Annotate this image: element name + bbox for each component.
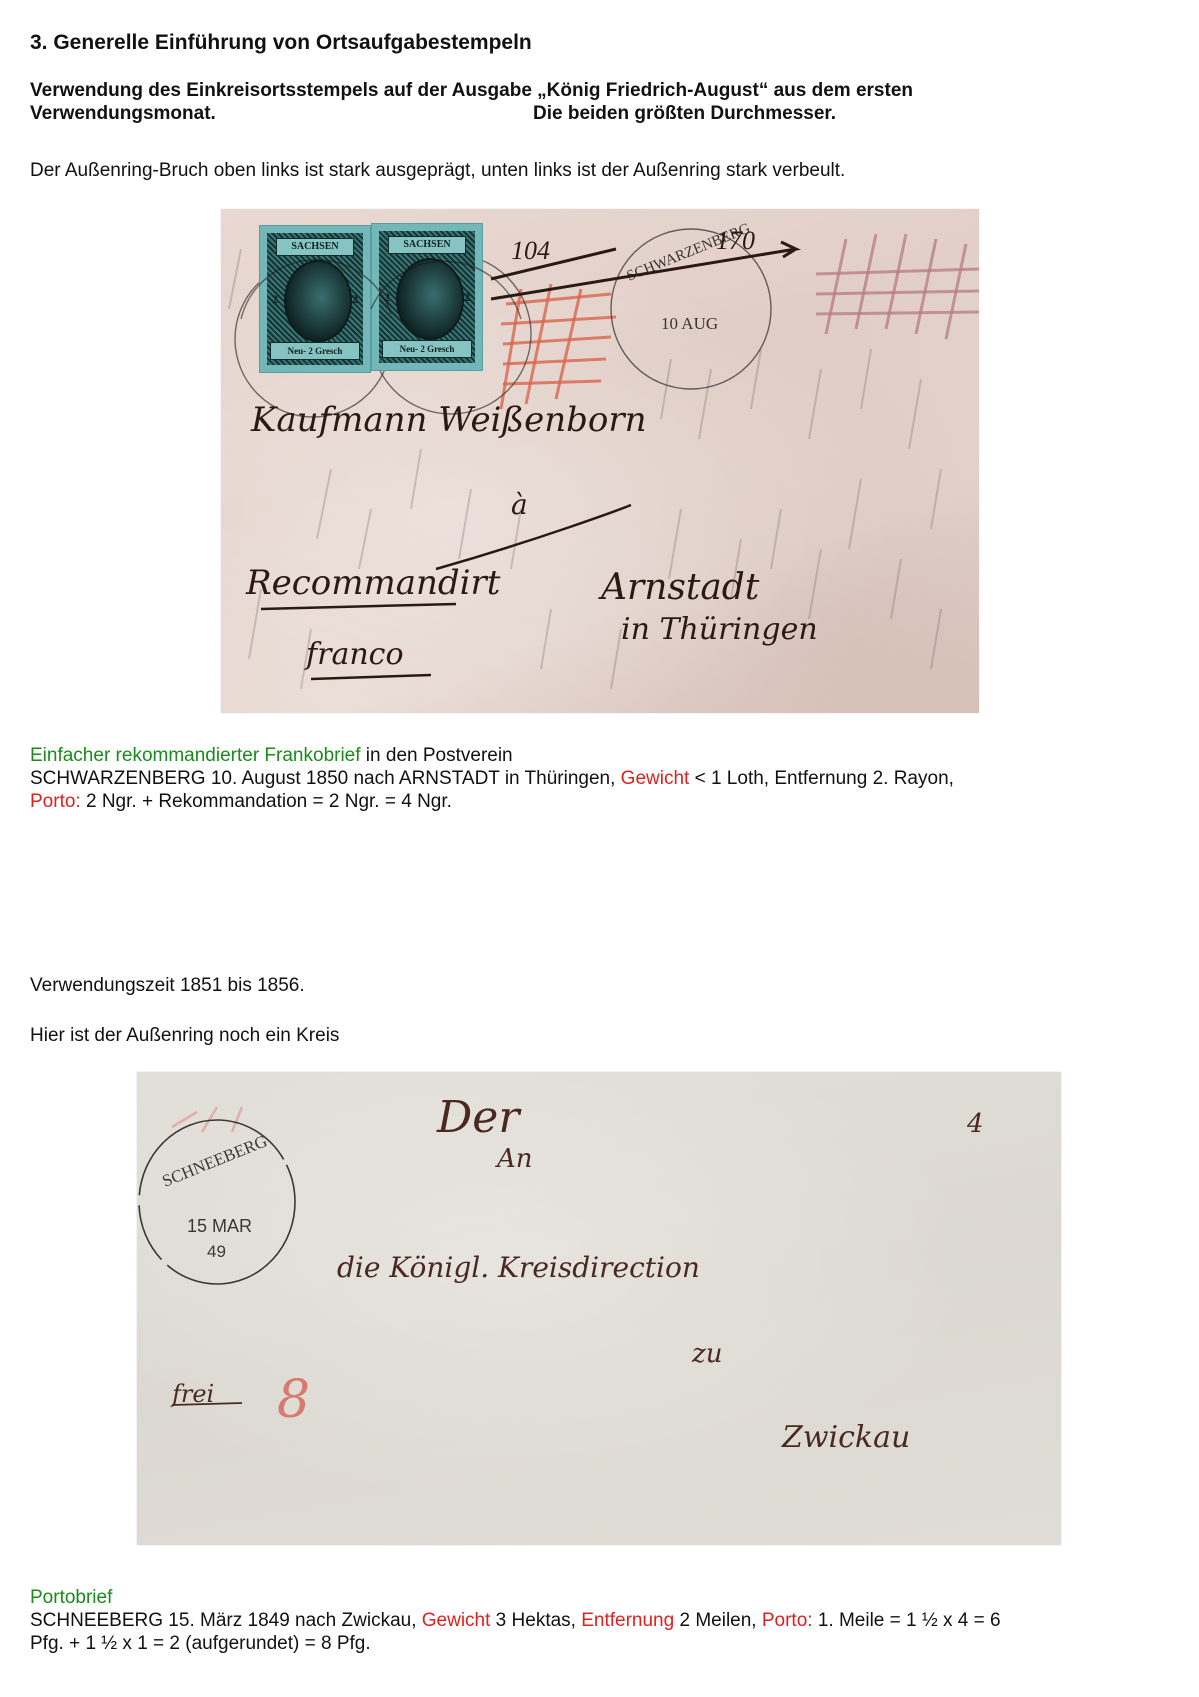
hand-line5: Zwickau — [781, 1420, 910, 1455]
stamp-value: 2 — [384, 290, 390, 305]
caption2-weight-value: 3 Hektas, — [490, 1610, 581, 1631]
king-portrait — [284, 260, 352, 342]
postmark-date-text: 15 MAR — [187, 1216, 252, 1236]
stamp-1: SACHSEN 2 2 Neu- 2 Gresch — [259, 225, 371, 373]
caption2-line2: SCHNEEBERG 15. März 1849 nach Zwickau, G… — [30, 1610, 1001, 1632]
stamp-country: SACHSEN — [276, 238, 354, 256]
stamp-2: SACHSEN 2 2 Neu- 2 Gresch — [371, 223, 483, 371]
caption2-line3: Pfg. + 1 ½ x 1 = 2 (aufgerundet) = 8 Pfg… — [30, 1633, 371, 1655]
hand-line3: die Königl. Kreisdirection — [337, 1251, 700, 1284]
caption1-title: Einfacher rekommandierter Frankobrief in… — [30, 745, 513, 767]
caption1-route: SCHWARZENBERG 10. August 1850 nach ARNST… — [30, 768, 621, 789]
king-portrait — [396, 258, 464, 340]
stamp-country: SACHSEN — [388, 236, 466, 254]
caption2-distance-value: 2 Meilen, — [674, 1610, 762, 1631]
manuscript-number-2: 170 — [716, 226, 755, 255]
caption2-porto-label: Porto: — [762, 1610, 813, 1631]
postmark-year-text: 49 — [207, 1242, 226, 1261]
corner-number: 4 — [966, 1109, 984, 1139]
caption2-route: SCHNEEBERG 15. März 1849 nach Zwickau, — [30, 1610, 422, 1631]
subheading-line1: Verwendung des Einkreisortsstempels auf … — [30, 80, 913, 102]
section2-period: Verwendungszeit 1851 bis 1856. — [30, 975, 305, 997]
address-line2: à — [511, 488, 528, 521]
hand-line2: An — [495, 1144, 533, 1174]
subheading-line2-left: Verwendungsmonat. — [30, 103, 216, 125]
address-line4: in Thüringen — [621, 612, 818, 647]
left-note-2: franco — [304, 637, 404, 672]
caption1-weight-label: Gewicht — [621, 768, 690, 789]
section2-note: Hier ist der Außenring noch ein Kreis — [30, 1025, 339, 1047]
subheading-line2-right: Die beiden größten Durchmesser. — [533, 103, 836, 125]
cover-image-schwarzenberg: SCHWARZENBERG 10 AUG 104 170 Kaufmann We… — [221, 209, 979, 713]
stamp-value: 2 — [464, 290, 470, 305]
manuscript-number-1: 104 — [511, 236, 550, 265]
caption2-weight-label: Gewicht — [422, 1610, 491, 1631]
cover-image-schneeberg: SCHNEEBERG 15 MAR 49 4 Der An die Königl… — [137, 1072, 1061, 1545]
caption2-type: Portobrief — [30, 1587, 112, 1608]
stamp-value: 2 — [352, 292, 358, 307]
hand-line1: Der — [436, 1092, 522, 1143]
caption2-porto-calc: 1. Meile = 1 ½ x 4 = 6 — [813, 1610, 1001, 1631]
address-line1: Kaufmann Weißenborn — [250, 400, 647, 440]
page-heading: 3. Generelle Einführung von Ortsaufgabes… — [30, 31, 532, 55]
left-note-1: Recommandirt — [245, 563, 501, 603]
caption1-porto-value: 2 Ngr. + Rekommandation = 2 Ngr. = 4 Ngr… — [81, 791, 452, 812]
stamp-denomination: Neu- 2 Gresch — [382, 340, 472, 358]
caption2-title: Portobrief — [30, 1587, 112, 1609]
intro-text: Der Außenring-Bruch oben links ist stark… — [30, 160, 845, 182]
caption1-line3: Porto: 2 Ngr. + Rekommandation = 2 Ngr. … — [30, 791, 452, 813]
red-mark: 8 — [277, 1370, 310, 1430]
hand-line4: zu — [691, 1339, 722, 1369]
caption1-weight-distance: < 1 Loth, Entfernung 2. Rayon, — [689, 768, 954, 789]
letter2-markings: SCHNEEBERG 15 MAR 49 4 Der An die Königl… — [137, 1072, 1061, 1545]
postmark-town-text: SCHNEEBERG — [159, 1131, 269, 1190]
postmark-date-text: 10 AUG — [661, 314, 718, 333]
caption1-type: Einfacher rekommandierter Frankobrief — [30, 745, 361, 766]
caption1-title-rest: in den Postverein — [361, 745, 513, 766]
caption2-distance-label: Entfernung — [581, 1610, 674, 1631]
address-line3: Arnstadt — [598, 567, 760, 608]
caption1-line2: SCHWARZENBERG 10. August 1850 nach ARNST… — [30, 768, 954, 790]
stamp-denomination: Neu- 2 Gresch — [270, 342, 360, 360]
stamp-value: 2 — [272, 292, 278, 307]
caption1-porto-label: Porto: — [30, 791, 81, 812]
